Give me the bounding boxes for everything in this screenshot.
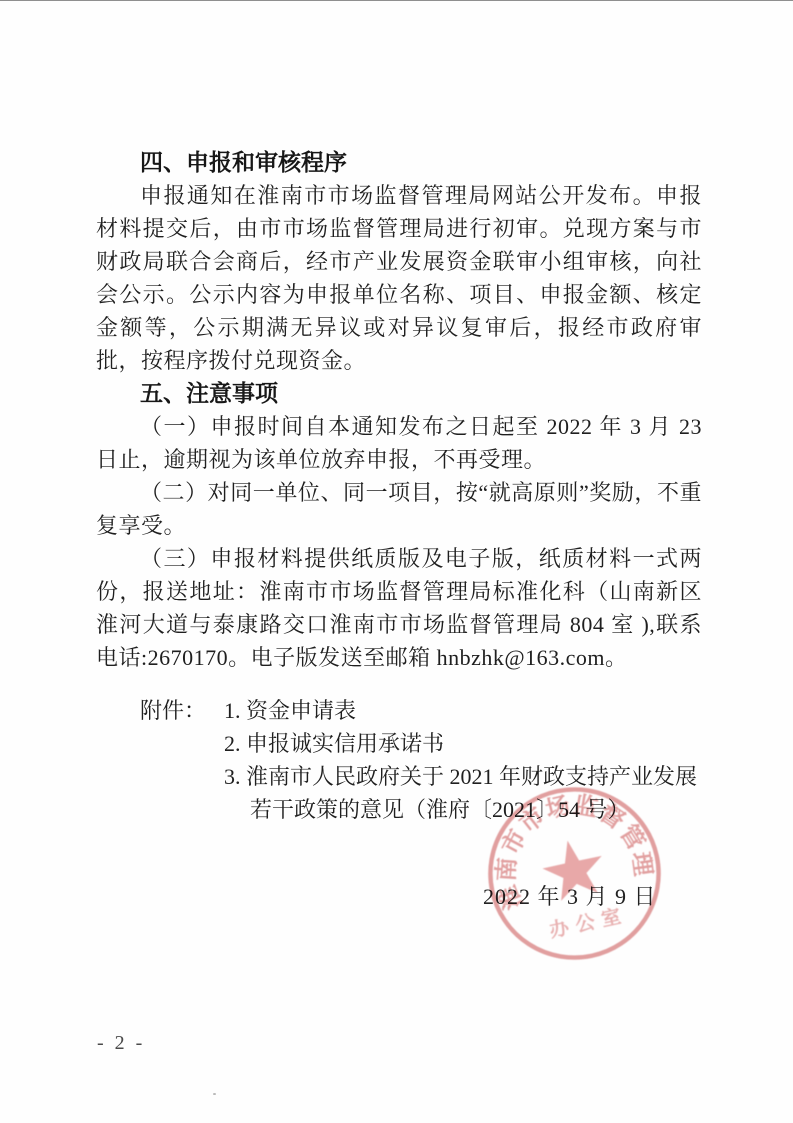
section-5-item-2: （二）对同一单位、同一项目，按“就高原则”奖励，不重复享受。	[96, 476, 702, 542]
scan-speck-artifact	[213, 1093, 216, 1095]
scan-edge-artifact	[0, 0, 793, 1]
section-5-item-1: （一）申报时间自本通知发布之日起至 2022 年 3 月 23 日止，逾期视为该…	[96, 410, 702, 476]
section-5-item-3: （三）申报材料提供纸质版及电子版，纸质材料一式两份，报送地址：淮南市市场监督管理…	[96, 542, 702, 674]
seal-bottom-text: 办公室	[547, 903, 630, 942]
attachments-label: 附件：	[140, 694, 206, 826]
attachment-item-2: 2. 申报诚实信用承诺书	[224, 727, 702, 760]
attachment-item-1: 1. 资金申请表	[224, 694, 702, 727]
document-body: 四、申报和审核程序 申报通知在淮南市市场监督管理局网站公开发布。申报材料提交后，…	[96, 146, 702, 826]
seal-star-icon	[538, 834, 609, 903]
page-number: - 2 -	[97, 1032, 145, 1055]
section-4-paragraph: 申报通知在淮南市市场监督管理局网站公开发布。申报材料提交后，由市市场监督管理局进…	[96, 179, 702, 377]
official-seal-stamp: 淮南市市场监督管理局 办公室	[486, 785, 663, 962]
section-heading-5: 五、注意事项	[96, 377, 702, 410]
section-heading-4: 四、申报和审核程序	[96, 146, 702, 179]
document-page: 四、申报和审核程序 申报通知在淮南市市场监督管理局网站公开发布。申报材料提交后，…	[0, 0, 793, 1123]
